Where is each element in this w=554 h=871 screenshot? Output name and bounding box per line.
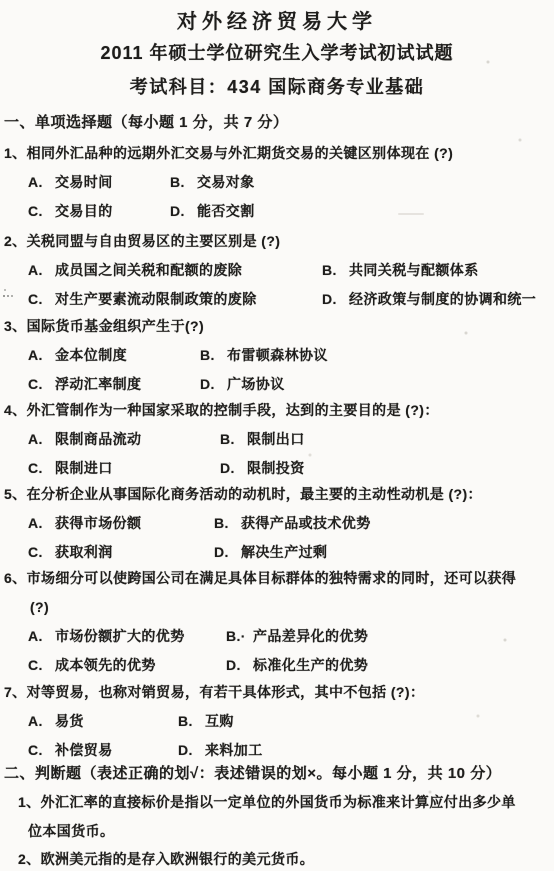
question-6-option-a: A.市场份额扩大的优势 xyxy=(28,622,226,651)
option-letter: A. xyxy=(28,425,55,454)
option-text: 获得产品或技术优势 xyxy=(241,509,371,538)
question-4-option-a: A.限制商品流动 xyxy=(28,425,220,454)
option-text: 标准化生产的优势 xyxy=(253,651,368,680)
option-text: 成员国之间关税和配额的废除 xyxy=(55,256,242,285)
question-5-option-d: D.解决生产过剩 xyxy=(214,538,327,567)
option-letter: A. xyxy=(28,256,55,285)
option-letter: B. xyxy=(170,168,197,197)
option-text: 限制投资 xyxy=(247,454,305,483)
question-3-option-d: D.广场协议 xyxy=(200,370,285,399)
option-letter: D. xyxy=(226,651,253,680)
option-text: 浮动汇率制度 xyxy=(55,370,141,399)
option-text: 成本领先的优势 xyxy=(55,651,156,680)
question-4-row-cd: C.限制进口 D.限制投资 xyxy=(4,454,552,483)
option-letter: B. xyxy=(200,341,227,370)
option-letter: B. xyxy=(214,509,241,538)
option-text: 易货 xyxy=(55,707,84,736)
option-text: 交易目的 xyxy=(55,197,113,226)
option-letter: C. xyxy=(28,454,55,483)
question-5-option-c: C.获取利润 xyxy=(28,538,214,567)
option-letter: D. xyxy=(220,454,247,483)
section-two: 二、判断题（表述正确的划√：表述错误的划×。每小题 1 分，共 10 分） 1、… xyxy=(4,760,552,871)
option-text: 限制进口 xyxy=(55,454,113,483)
option-text: 获取利润 xyxy=(55,538,113,567)
question-6-row-ab: A.市场份额扩大的优势 B.·产品差异化的优势 xyxy=(4,622,552,651)
question-2-option-d: D.经济政策与制度的协调和统一 xyxy=(322,285,536,314)
option-letter: C. xyxy=(28,651,55,680)
question-2-row-ab: A.成员国之间关税和配额的废除 B.共同关税与配额体系 xyxy=(4,256,552,285)
option-text: 互购 xyxy=(205,707,234,736)
scanned-exam-page: 对外经济贸易大学 2011 年硕士学位研究生入学考试初试试题 考试科目：434 … xyxy=(0,0,554,871)
question-1-row-ab: A.交易时间 B.交易对象 xyxy=(4,168,552,197)
option-letter: C. xyxy=(28,197,55,226)
question-2-option-b: B.共同关税与配额体系 xyxy=(322,256,479,285)
question-6-stem: 6、市场细分可以使跨国公司在满足具体目标群体的独特需求的同时，还可以获得 xyxy=(4,564,552,593)
scan-speckle-artifact xyxy=(3,295,5,297)
question-4-option-c: C.限制进口 xyxy=(28,454,220,483)
question-2: 2、关税同盟与自由贸易区的主要区别是 (?) A.成员国之间关税和配额的废除 B… xyxy=(4,227,552,314)
question-1-option-d: D.能否交割 xyxy=(170,197,255,226)
question-3-row-cd: C.浮动汇率制度 D.广场协议 xyxy=(4,370,552,399)
option-letter: A. xyxy=(28,707,55,736)
option-letter: D. xyxy=(322,285,349,314)
question-4: 4、外汇管制作为一种国家采取的控制手段，达到的主要目的是 (?)： A.限制商品… xyxy=(4,396,552,483)
option-text: 解决生产过剩 xyxy=(241,538,327,567)
option-text: 获得市场份额 xyxy=(55,509,141,538)
question-1-option-c: C.交易目的 xyxy=(28,197,170,226)
question-5: 5、在分析企业从事国际化商务活动的动机时，最主要的主动性动机是 (?)： A.获… xyxy=(4,480,552,567)
question-5-row-ab: A.获得市场份额 B.获得产品或技术优势 xyxy=(4,509,552,538)
option-text: 交易对象 xyxy=(197,168,255,197)
option-letter: D. xyxy=(170,197,197,226)
question-6-option-c: C.成本领先的优势 xyxy=(28,651,226,680)
question-1: 1、相同外汇品种的远期外汇交易与外汇期货交易的关键区别体现在 (?) A.交易时… xyxy=(4,139,552,226)
question-6: 6、市场细分可以使跨国公司在满足具体目标群体的独特需求的同时，还可以获得 (?)… xyxy=(4,564,552,680)
option-text: 共同关税与配额体系 xyxy=(349,256,479,285)
question-6-option-b: B.·产品差异化的优势 xyxy=(226,622,368,651)
question-2-option-c: C.对生产要素流动限制政策的废除 xyxy=(28,285,322,314)
question-2-option-a: A.成员国之间关税和配额的废除 xyxy=(28,256,322,285)
question-7-option-a: A.易货 xyxy=(28,707,178,736)
option-text: 广场协议 xyxy=(227,370,285,399)
option-letter: B.· xyxy=(226,622,253,651)
university-title: 对外经济贸易大学 xyxy=(0,5,554,34)
exam-title: 2011 年硕士学位研究生入学考试初试试题 xyxy=(0,39,554,65)
option-letter: D. xyxy=(200,370,227,399)
question-1-option-b: B.交易对象 xyxy=(170,168,255,197)
option-text: 经济政策与制度的协调和统一 xyxy=(349,285,536,314)
question-4-row-ab: A.限制商品流动 B.限制出口 xyxy=(4,425,552,454)
option-letter: A. xyxy=(28,509,55,538)
scan-smudge-artifact xyxy=(398,213,424,215)
question-1-row-cd: C.交易目的 D.能否交割 xyxy=(4,197,552,226)
question-4-stem: 4、外汇管制作为一种国家采取的控制手段，达到的主要目的是 (?)： xyxy=(4,396,552,425)
option-letter: C. xyxy=(28,285,55,314)
tf-item-2: 2、欧洲美元指的是存入欧洲银行的美元货币。 xyxy=(4,845,552,871)
question-5-stem: 5、在分析企业从事国际化商务活动的动机时，最主要的主动性动机是 (?)： xyxy=(4,480,552,509)
option-letter: C. xyxy=(28,538,55,567)
question-1-stem: 1、相同外汇品种的远期外汇交易与外汇期货交易的关键区别体现在 (?) xyxy=(4,139,552,168)
question-6-row-cd: C.成本领先的优势 D.标准化生产的优势 xyxy=(4,651,552,680)
option-text: 限制商品流动 xyxy=(55,425,141,454)
question-5-row-cd: C.获取利润 D.解决生产过剩 xyxy=(4,538,552,567)
question-2-stem: 2、关税同盟与自由贸易区的主要区别是 (?) xyxy=(4,227,552,256)
question-6-option-d: D.标准化生产的优势 xyxy=(226,651,368,680)
question-4-option-d: D.限制投资 xyxy=(220,454,305,483)
option-text: 限制出口 xyxy=(247,425,305,454)
question-7-stem: 7、对等贸易，也称对销贸易，有若干具体形式，其中不包括 (?)： xyxy=(4,678,552,707)
tf-item-1-line-1: 1、外汇汇率的直接标价是指以一定单位的外国货币为标准来计算应付出多少单 xyxy=(4,788,552,816)
question-5-option-a: A.获得市场份额 xyxy=(28,509,214,538)
option-letter: C. xyxy=(28,370,55,399)
option-letter: A. xyxy=(28,341,55,370)
option-text: 市场份额扩大的优势 xyxy=(55,622,185,651)
question-7: 7、对等贸易，也称对销贸易，有若干具体形式，其中不包括 (?)： A.易货 B.… xyxy=(4,678,552,765)
question-5-option-b: B.获得产品或技术优势 xyxy=(214,509,371,538)
option-letter: B. xyxy=(322,256,349,285)
option-text: 交易时间 xyxy=(55,168,113,197)
question-7-option-b: B.互购 xyxy=(178,707,234,736)
option-text: 产品差异化的优势 xyxy=(253,622,368,651)
option-text: 布雷顿森林协议 xyxy=(227,341,328,370)
question-4-option-b: B.限制出口 xyxy=(220,425,305,454)
question-3: 3、国际货币基金组织产生于(?) A.金本位制度 B.布雷顿森林协议 C.浮动汇… xyxy=(4,312,552,399)
option-letter: D. xyxy=(214,538,241,567)
option-text: 能否交割 xyxy=(197,197,255,226)
subject-title: 考试科目：434 国际商务专业基础 xyxy=(0,73,554,99)
option-letter: A. xyxy=(28,622,55,651)
question-7-row-ab: A.易货 B.互购 xyxy=(4,707,552,736)
question-1-option-a: A.交易时间 xyxy=(28,168,170,197)
question-6-stem-continuation: (?) xyxy=(4,593,552,622)
option-letter: B. xyxy=(220,425,247,454)
question-3-row-ab: A.金本位制度 B.布雷顿森林协议 xyxy=(4,341,552,370)
section-one-heading: 一、单项选择题（每小题 1 分，共 7 分） xyxy=(4,111,288,132)
tf-item-1-line-2: 位本国货币。 xyxy=(4,817,552,845)
question-3-option-a: A.金本位制度 xyxy=(28,341,200,370)
question-2-row-cd: C.对生产要素流动限制政策的废除 D.经济政策与制度的协调和统一 xyxy=(4,285,552,314)
question-3-option-b: B.布雷顿森林协议 xyxy=(200,341,328,370)
option-text: 对生产要素流动限制政策的废除 xyxy=(55,285,257,314)
option-letter: B. xyxy=(178,707,205,736)
question-3-option-c: C.浮动汇率制度 xyxy=(28,370,200,399)
option-letter: A. xyxy=(28,168,55,197)
option-text: 金本位制度 xyxy=(55,341,127,370)
section-two-heading: 二、判断题（表述正确的划√：表述错误的划×。每小题 1 分，共 10 分） xyxy=(4,760,552,788)
question-3-stem: 3、国际货币基金组织产生于(?) xyxy=(4,312,552,341)
